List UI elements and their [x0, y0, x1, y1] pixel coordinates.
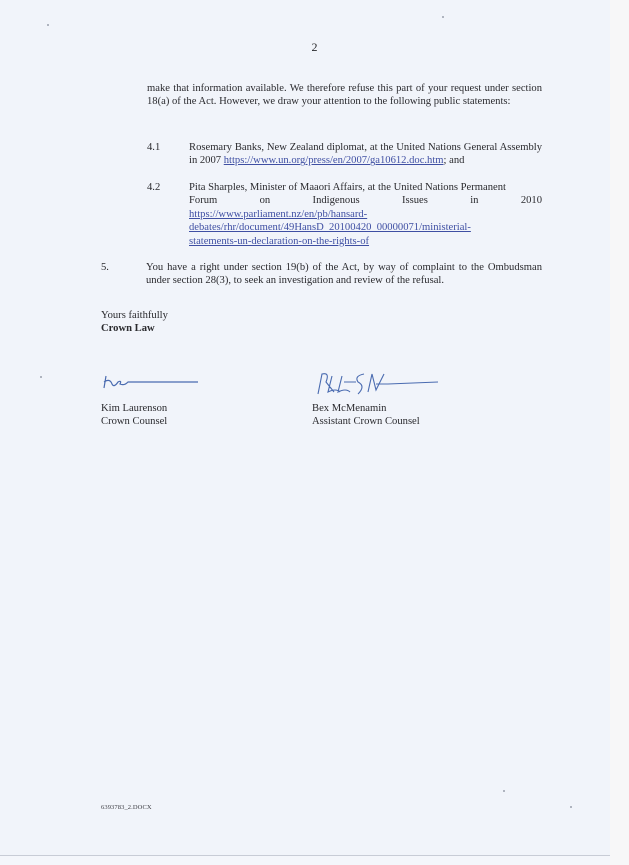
- signatory-name: Kim Laurenson: [101, 402, 167, 415]
- point-5-paragraph: You have a right under section 19(b) of …: [146, 261, 542, 288]
- scan-speck: [442, 16, 444, 18]
- signature-kim-laurenson: [98, 370, 208, 394]
- parliament-link[interactable]: https://www.parliament.nz/en/pb/hansard-: [189, 208, 542, 221]
- item-number: 4.1: [147, 141, 160, 154]
- word: on: [260, 194, 271, 207]
- page-number: 2: [0, 40, 629, 55]
- signatory-2: Bex McMenamin Assistant Crown Counsel: [312, 402, 420, 429]
- document-page: [0, 0, 611, 856]
- word: Forum: [189, 194, 217, 207]
- word: 2010: [521, 194, 542, 207]
- word: Issues: [402, 194, 428, 207]
- scan-speck: [47, 24, 49, 26]
- scan-speck: [503, 790, 505, 792]
- item-number: 4.2: [147, 181, 160, 194]
- item-text-line: Pita Sharples, Minister of Maaori Affair…: [189, 181, 542, 194]
- item-4-2: Pita Sharples, Minister of Maaori Affair…: [189, 181, 542, 248]
- parliament-link[interactable]: debates/rhr/document/49HansD_20100420_00…: [189, 221, 542, 234]
- item-text-line: Forum on Indigenous Issues in 2010: [189, 194, 542, 207]
- salutation: Yours faithfully: [101, 309, 168, 322]
- signatory-1: Kim Laurenson Crown Counsel: [101, 402, 167, 429]
- un-press-link[interactable]: https://www.un.org/press/en/2007/ga10612…: [224, 155, 444, 166]
- closing-block: Yours faithfully Crown Law: [101, 309, 168, 336]
- signatory-name: Bex McMenamin: [312, 402, 420, 415]
- item-tail: ; and: [444, 155, 465, 166]
- scan-speck: [570, 806, 572, 808]
- item-number: 5.: [101, 261, 109, 274]
- intro-paragraph: make that information available. We ther…: [147, 82, 542, 109]
- organisation: Crown Law: [101, 322, 168, 335]
- document-reference: 6393783_2.DOCX: [101, 804, 152, 811]
- signatory-title: Crown Counsel: [101, 415, 167, 428]
- word: Indigenous: [313, 194, 360, 207]
- scan-margin: [610, 0, 629, 865]
- scan-speck: [40, 376, 42, 378]
- item-4-1: Rosemary Banks, New Zealand diplomat, at…: [189, 141, 542, 168]
- parliament-link[interactable]: statements-un-declaration-on-the-rights-…: [189, 235, 542, 248]
- signatory-title: Assistant Crown Counsel: [312, 415, 420, 428]
- word: in: [470, 194, 478, 207]
- signature-bex-mcmenamin: [310, 368, 440, 398]
